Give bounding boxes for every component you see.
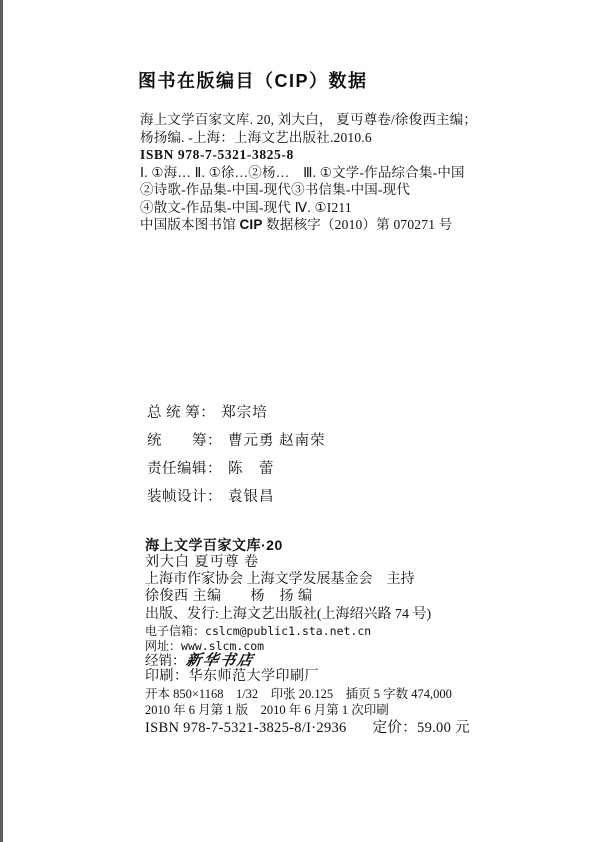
- credit-row-designer: 装帧设计：袁银昌: [147, 483, 326, 511]
- cip-registry-suffix: 数据核字（2010）第 070271 号: [263, 217, 453, 232]
- edition-line: 2010 年 6 月第 1 版 2010 年 6 月第 1 次印刷: [145, 702, 565, 718]
- email-line: 电子信箱：cslcm@public1.sta.net.cn: [145, 624, 565, 639]
- credit-label: 装帧设计：: [147, 489, 222, 505]
- cip-line-classification-2: ②诗歌-作品集-中国-现代③书信集-中国-现代: [140, 181, 550, 199]
- website-url: www.slcm.com: [181, 639, 264, 653]
- website-line: 网址：www.slcm.com: [145, 639, 565, 653]
- credit-value: 袁银昌: [228, 489, 275, 505]
- credits-block: 总 统 筹：郑宗培 统 筹：曹元勇 赵南荣 责任编辑：陈 蕾 装帧设计：袁银昌: [147, 399, 326, 511]
- isbn-price-line: ISBN 978-7-5321-3825-8/I·2936定价：59.00 元: [145, 718, 565, 738]
- cip-title: 图书在版编目（CIP）数据: [138, 68, 368, 94]
- credit-value: 郑宗培: [221, 405, 268, 421]
- volume-authors: 刘大白 夏丏尊 卷: [145, 554, 565, 571]
- credit-label: 责任编辑：: [147, 461, 222, 477]
- credit-value: 陈 蕾: [228, 461, 275, 477]
- publisher-line: 出版、发行:上海文艺出版社(上海绍兴路 74 号): [145, 606, 565, 624]
- credit-row-general-coordinator: 总 统 筹：郑宗培: [147, 399, 326, 427]
- cip-line-series: 海上文学百家文库. 20, 刘大白， 夏丏尊卷/徐俊西主编；: [140, 111, 550, 129]
- series-title: 海上文学百家文库·20: [145, 537, 565, 554]
- credit-label: 总 统 筹：: [147, 405, 215, 421]
- cip-registry-line: 中国版本图书馆 CIP 数据核字（2010）第 070271 号: [140, 216, 550, 234]
- website-label: 网址：: [145, 639, 181, 653]
- credit-row-coordinator: 统 筹：曹元勇 赵南荣: [147, 427, 326, 455]
- page-left-edge-line: [0, 0, 3, 842]
- credit-label: 统 筹：: [147, 433, 222, 449]
- colophon-block: 海上文学百家文库·20 刘大白 夏丏尊 卷 上海市作家协会 上海文学发展基金会 …: [145, 537, 565, 738]
- cip-line-isbn: ISBN 978-7-5321-3825-8: [140, 146, 550, 164]
- email-label: 电子信箱：: [145, 624, 205, 638]
- sponsor-line: 上海市作家协会 上海文学发展基金会 主持: [145, 571, 565, 588]
- credit-row-responsible-editor: 责任编辑：陈 蕾: [147, 455, 326, 483]
- email-address: cslcm@public1.sta.net.cn: [205, 624, 371, 638]
- cip-line-classification-3: ④散文-作品集-中国-现代 Ⅳ. ①I211: [140, 199, 550, 217]
- book-copyright-page: 图书在版编目（CIP）数据 海上文学百家文库. 20, 刘大白， 夏丏尊卷/徐俊…: [0, 0, 596, 842]
- price-label: 定价：59.00 元: [373, 720, 470, 736]
- cip-registry-prefix: 中国版本图书馆: [140, 217, 239, 232]
- cip-line-publisher: 杨扬编. -上海：上海文艺出版社.2010.6: [140, 129, 550, 147]
- distributor-line: 经销：新华书店: [145, 653, 565, 668]
- cip-line-classification-1: Ⅰ. ①海… Ⅱ. ①徐…②杨… Ⅲ. ①文学-作品综合集-中国: [140, 164, 550, 182]
- xinhua-bookstore-script-logo: 新华书店: [184, 654, 255, 669]
- printer-line: 印刷：华东师范大学印刷厂: [145, 668, 565, 686]
- cip-data-block: 海上文学百家文库. 20, 刘大白， 夏丏尊卷/徐俊西主编； 杨扬编. -上海：…: [140, 111, 550, 234]
- cip-logo-text: CIP: [239, 217, 262, 232]
- distributor-label: 经销：: [145, 653, 186, 668]
- editors-line: 徐俊西 主编 杨 扬 编: [145, 588, 565, 606]
- format-specs-line: 开本 850×1168 1/32 印张 20.125 插页 5 字数 474,0…: [145, 686, 565, 702]
- isbn-number: ISBN 978-7-5321-3825-8/I·2936: [145, 720, 347, 736]
- credit-value: 曹元勇 赵南荣: [228, 433, 326, 449]
